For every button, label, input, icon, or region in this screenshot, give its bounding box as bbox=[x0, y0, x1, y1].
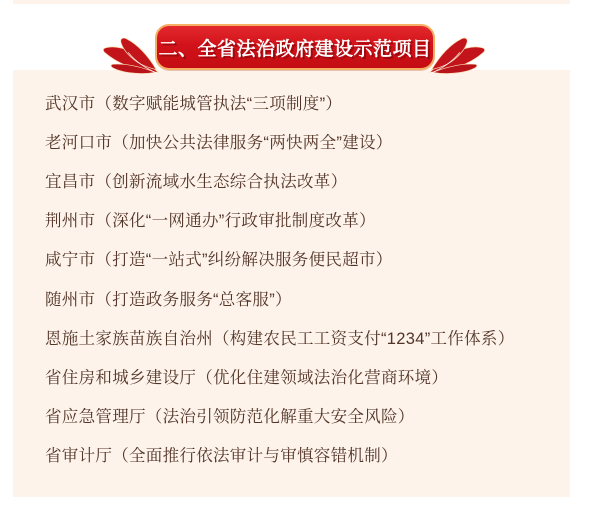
page: 二、全省法治政府建设示范项目 武汉市（数字赋能城管执法“三项制度”） 老河口市（… bbox=[0, 0, 598, 520]
list-item: 省审计厅（全面推行依法审计与审慎容错机制） bbox=[45, 435, 565, 474]
list-item: 宜昌市（创新流域水生态综合执法改革） bbox=[45, 160, 565, 199]
list-item: 荆州市（深化“一网通办”行政审批制度改革） bbox=[45, 200, 565, 239]
list-item: 省住房和城乡建设厅（优化住建领域法治化营商环境） bbox=[45, 356, 565, 395]
list-item: 武汉市（数字赋能城管执法“三项制度”） bbox=[45, 82, 565, 121]
ribbon-flourish-right-icon bbox=[426, 36, 490, 76]
section-title: 二、全省法治政府建设示范项目 bbox=[158, 34, 431, 61]
project-list: 武汉市（数字赋能城管执法“三项制度”） 老河口市（加快公共法律服务“两快两全”建… bbox=[45, 82, 565, 474]
section-banner: 二、全省法治政府建设示范项目 bbox=[155, 24, 435, 70]
list-item: 咸宁市（打造“一站式”纠纷解决服务便民超市） bbox=[45, 239, 565, 278]
list-item: 老河口市（加快公共法律服务“两快两全”建设） bbox=[45, 121, 565, 160]
list-item: 恩施土家族苗族自治州（构建农民工工资支付“1234”工作体系） bbox=[45, 317, 565, 356]
ribbon-flourish-left-icon bbox=[98, 36, 162, 76]
list-item: 随州市（打造政务服务“总客服”） bbox=[45, 278, 565, 317]
top-strip bbox=[13, 0, 570, 4]
list-item: 省应急管理厅（法治引领防范化解重大安全风险） bbox=[45, 396, 565, 435]
